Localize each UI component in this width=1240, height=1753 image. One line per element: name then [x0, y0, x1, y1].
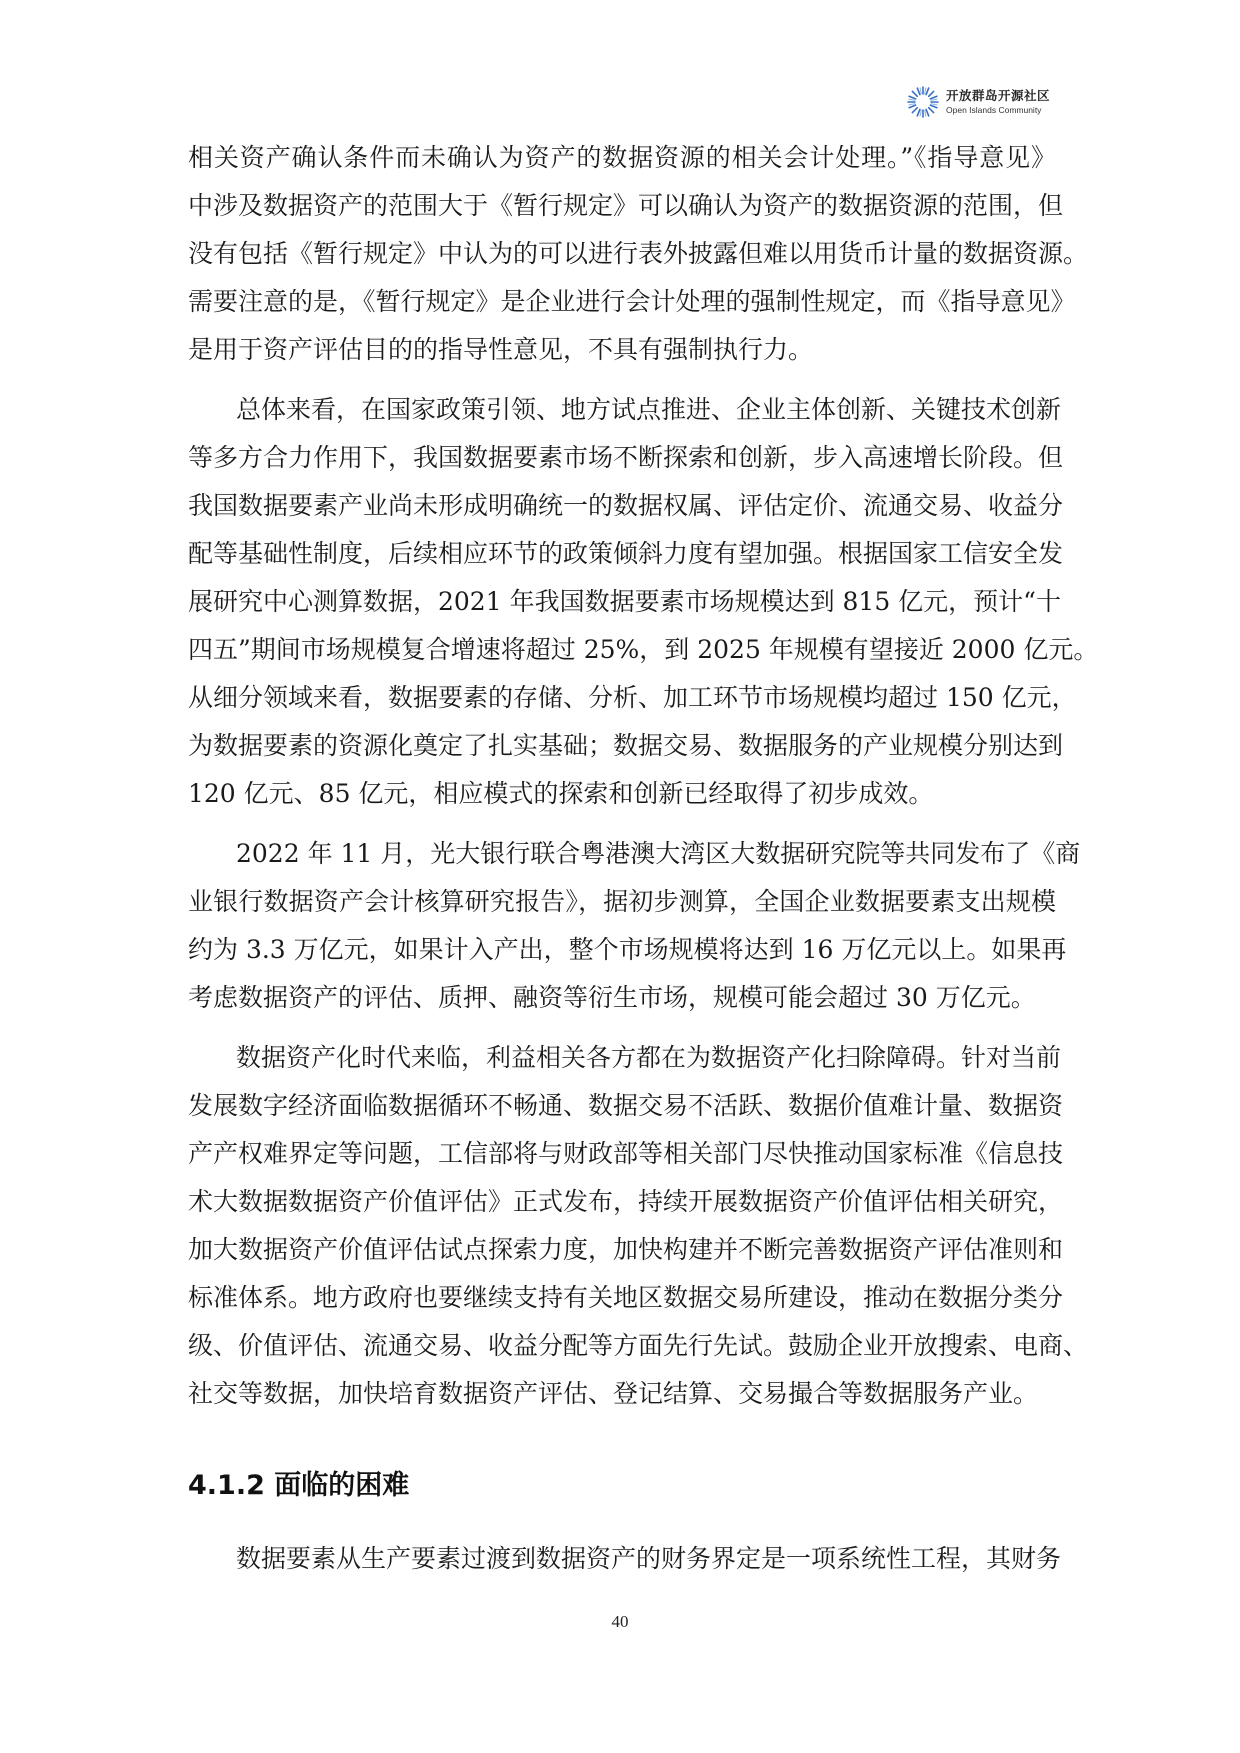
text-line: 术大数据数据资产价值评估》正式发布，持续开展数据资产价值评估相关研究，	[188, 1184, 1056, 1220]
text-line: 相关资产确认条件而未确认为资产的数据资源的相关会计处理。”《指导意见》	[188, 140, 1056, 176]
text-line: 中涉及数据资产的范围大于《暂行规定》可以确认为资产的数据资源的范围，但	[188, 188, 1056, 224]
text-line: 配等基础性制度，后续相应环节的政策倾斜力度有望加强。根据国家工信安全发	[188, 536, 1056, 572]
text-line: 2022 年 11 月，光大银行联合粤港澳大湾区大数据研究院等共同发布了《商	[236, 836, 1056, 872]
text-line: 为数据要素的资源化奠定了扎实基础；数据交易、数据服务的产业规模分别达到	[188, 728, 1056, 764]
text-line: 展研究中心测算数据，2021 年我国数据要素市场规模达到 815 亿元，预计“十	[188, 584, 1056, 620]
text-line: 标准体系。地方政府也要继续支持有关地区数据交易所建设，推动在数据分类分	[188, 1280, 1056, 1316]
text-line: 数据资产化时代来临，利益相关各方都在为数据资产化扫除障碍。针对当前	[236, 1040, 1056, 1076]
text-line: 120 亿元、85 亿元，相应模式的探索和创新已经取得了初步成效。	[188, 776, 1056, 812]
community-logo: 开放群岛开源社区 Open Islands Community	[906, 84, 1076, 120]
text-line: 从细分领域来看，数据要素的存储、分析、加工环节市场规模均超过 150 亿元，	[188, 680, 1056, 716]
text-line: 社交等数据，加快培育数据资产评估、登记结算、交易撮合等数据服务产业。	[188, 1376, 1056, 1412]
text-line: 需要注意的是，《暂行规定》是企业进行会计处理的强制性规定，而《指导意见》	[188, 284, 1056, 320]
page-number: 40	[0, 1612, 1240, 1632]
text-line: 考虑数据资产的评估、质押、融资等衍生市场，规模可能会超过 30 万亿元。	[188, 980, 1056, 1016]
section-paragraph-first-line: 数据要素从生产要素过渡到数据资产的财务界定是一项系统性工程，其财务	[236, 1541, 1056, 1577]
text-line: 我国数据要素产业尚未形成明确统一的数据权属、评估定价、流通交易、收益分	[188, 488, 1056, 524]
section-heading: 4.1.2 面临的困难	[188, 1466, 409, 1506]
text-line: 业银行数据资产会计核算研究报告》，据初步测算，全国企业数据要素支出规模	[188, 884, 1056, 920]
logo-title-en: Open Islands Community	[946, 106, 1050, 115]
text-line: 发展数字经济面临数据循环不畅通、数据交易不活跃、数据价值难计量、数据资	[188, 1088, 1056, 1124]
text-line: 产产权难界定等问题，工信部将与财政部等相关部门尽快推动国家标准《信息技	[188, 1136, 1056, 1172]
text-line: 加大数据资产价值评估试点探索力度，加快构建并不断完善数据资产评估准则和	[188, 1232, 1056, 1268]
text-line: 等多方合力作用下，我国数据要素市场不断探索和创新，步入高速增长阶段。但	[188, 440, 1056, 476]
sunburst-logo-icon	[906, 85, 940, 119]
text-line: 级、价值评估、流通交易、收益分配等方面先行先试。鼓励企业开放搜索、电商、	[188, 1328, 1056, 1364]
text-line: 约为 3.3 万亿元，如果计入产出，整个市场规模将达到 16 万亿元以上。如果再	[188, 932, 1056, 968]
text-line: 四五”期间市场规模复合增速将超过 25%，到 2025 年规模有望接近 2000…	[188, 632, 1056, 668]
text-line: 总体来看，在国家政策引领、地方试点推进、企业主体创新、关键技术创新	[236, 392, 1056, 428]
logo-title-cn: 开放群岛开源社区	[946, 90, 1050, 103]
text-line: 是用于资产评估目的的指导性意见，不具有强制执行力。	[188, 332, 1056, 368]
text-line: 没有包括《暂行规定》中认为的可以进行表外披露但难以用货币计量的数据资源。	[188, 236, 1056, 272]
